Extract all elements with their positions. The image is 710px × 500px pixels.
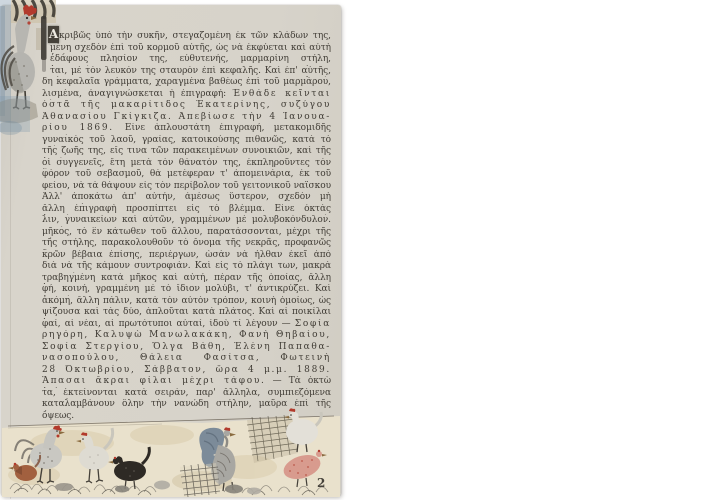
text-line: διὰ νὰ τῆς κάμουν συντροφιάν. Καὶ εἰς τὸ…: [42, 261, 331, 273]
text-block: κριβῶς ὑπὸ τὴν συκῆν, στεγαζομένη ἐκ τῶν…: [42, 31, 331, 422]
hens-and-roosters-frieze-illustration: [2, 405, 340, 497]
text-line: φείου, νὰ τὰ θάψουν εἰς τὸν περίβολον το…: [42, 181, 331, 193]
text-line: ἐδάφους πλησίον της, εὐθυτενής, μαρμαρίν…: [42, 54, 331, 66]
text-line: ἄλλη ἐπιγραφὴ προσπίπτει εἰς τὸ βλέμμα. …: [42, 204, 331, 216]
text-line: κριβῶς ὑπὸ τὴν συκῆν, στεγαζομένη ἐκ τῶν…: [42, 31, 331, 43]
text-line: ρίου 1869. Εἶνε ἁπλουστάτη ἐπιγραφή, μετ…: [42, 123, 331, 135]
text-line: οἱ συγγενεῖς, ἔτη μετὰ τὸν θάνατόν της, …: [42, 158, 331, 170]
text-line: ἀκόμη, ἄλλη πάλιν, κατὰ τὸν αὐτὸν τρόπον…: [42, 296, 331, 308]
text-line: δη κεφαλαῖα γράμματα, χαραγμένα βαθέως ἐ…: [42, 77, 331, 89]
text-line: ὀστᾶ τῆς μακαρίτιδος Ἑκατερίνης, συζύγου: [42, 100, 331, 112]
text-line: ται, μὲ τὸν λευκόν της σταυρὸν ἐπὶ κεφαλ…: [42, 66, 331, 78]
text-line: τῆς στήλης, παρακολουθοῦν τὸ ὄνομα τῆς ν…: [42, 238, 331, 250]
text-line: λισμένα, ἀναγιγνώσκεται ἡ ἐπιγραφή: Ἐνθά…: [42, 89, 331, 101]
text-line: τραβηγμένη κατὰ μῆκος καὶ αὐτή, πέραν τῆ…: [42, 273, 331, 285]
text-line: Ἅπασαι ἄκραι φίλαι μέχρι τάφου. — Τὰ ὀκτ…: [42, 376, 331, 388]
text-line: Ἀλλ' ἀποκάτω ἀπ' αὐτήν, ἀμέσως ὕστερον, …: [42, 192, 331, 204]
drop-cap: Α: [48, 26, 59, 43]
text-line: μῆκος, τὸ ἓν κάτωθεν τοῦ ἄλλου, παρατάσσ…: [42, 227, 331, 239]
text-line: τῆς ζωῆς της, εἴς τινα τῶν παρακειμένων …: [42, 146, 331, 158]
text-line: ψίζουσα καὶ τὰς δύο, ἁπλοῦται κατὰ πλάτο…: [42, 307, 331, 319]
text-line: κρῶν βέβαια ἐπίσης, περιέργων, ὡσὰν νὰ ἦ…: [42, 250, 331, 262]
text-line: 28 Ὀκτωβρίου, Σάββατον, ὥρα 4 μ.μ. 1889.: [42, 365, 331, 377]
text-line: μένη σχεδὸν ἐπὶ τοῦ κορμοῦ αὐτῆς, ὡς νὰ …: [42, 43, 331, 55]
text-line: τα, ἐκτείνονται κατὰ σειράν, παρ' ἄλληλα…: [42, 388, 331, 400]
scanned-book-photo: κριβῶς ὑπὸ τὴν συκῆν, στεγαζομένη ἐκ τῶν…: [0, 0, 710, 500]
text-line: φή, κοινή, γραμμένη μὲ τὸ ἴδιον μολύβι, …: [42, 284, 331, 296]
text-line: λιν, γυναικείων καὶ αὐτῶν, γραμμένων μὲ …: [42, 215, 331, 227]
text-line: φαί, αἱ νέαι, αἱ πρωτότυποι αὐταί, ἰδοὺ …: [42, 319, 331, 331]
text-line: ρηγόρη, Καλυψὼ Μανωλακάκη, Φανὴ Θηβαίου,: [42, 330, 331, 342]
page-number: 2: [317, 476, 325, 490]
text-line: Ἀθανασίου Γκίγκιζα. Ἀπεβίωσε τὴν 4 Ἰανου…: [42, 112, 331, 124]
text-line: Σοφία Στεργίου, Ὄλγα Βάθη, Ἑλένη Παπαθα-: [42, 342, 331, 354]
text-line: φόρον τοῦ σεβασμοῦ, θὰ μετέφεραν τ' ἀπομ…: [42, 169, 331, 181]
text-line: νασοπούλου, Θάλεια Φασίτσα, Φωτεινὴ Ξάνθ…: [42, 353, 331, 365]
text-line: γυναικὸς τοῦ λαοῦ, γραίας, κατοικούσης π…: [42, 135, 331, 147]
